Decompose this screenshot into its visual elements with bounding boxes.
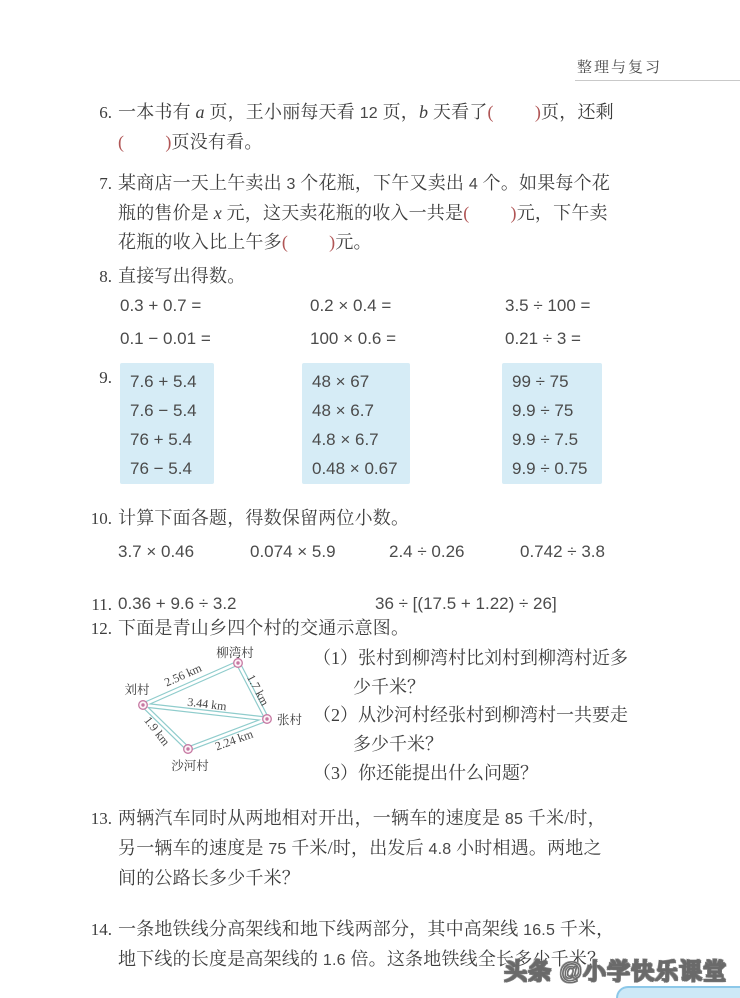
question-number: 6. [70,98,112,127]
question-text-line: ( )页没有看。 [118,128,670,157]
expression: 9.9 ÷ 0.75 [512,454,602,483]
page-title: 整理与复习 [577,56,662,77]
village-node-icon [263,715,272,724]
question-text-line: 一条地铁线分高架线和地下线两部分，其中高架线 16.5 千米， [118,915,670,945]
village-node-icon [184,745,193,754]
question-title: 直接写出得数。 [118,262,670,291]
equation: 0.2 × 0.4 = [310,296,391,316]
question-text-line: 另一辆车的速度是 75 千米/时，出发后 4.8 小时相遇。两地之 [118,834,670,864]
village-label: 柳湾村 [216,645,254,660]
question-9: 9. 7.6 + 5.4 7.6 − 5.4 76 + 5.4 76 − 5.4… [0,361,740,491]
expression: 4.8 × 6.7 [312,425,410,454]
question-number: 9. [70,363,112,392]
question-text-line: 一本书有 a 页，王小丽每天看 12 页，b 天看了( )页，还剩 [118,98,670,128]
equation: 0.742 ÷ 3.8 [520,542,605,562]
expression: 7.6 − 5.4 [130,396,214,425]
expression: 99 ÷ 75 [512,367,602,396]
equation: 0.074 × 5.9 [250,542,336,562]
expression: 7.6 + 5.4 [130,367,214,396]
question-title: 计算下面各题，得数保留两位小数。 [118,504,670,533]
expression: 76 − 5.4 [130,454,214,483]
expression: 48 × 67 [312,367,410,396]
expression: 9.9 ÷ 7.5 [512,425,602,454]
question-text-line: 花瓶的收入比上午多( )元。 [118,228,670,257]
watermark-ribbon [616,986,740,998]
equation: 3.5 ÷ 100 = [505,296,590,316]
sub-question-line: （2）从沙河村经张村到柳湾村一共要走 [313,701,663,730]
equation: 0.1 − 0.01 = [120,329,211,349]
question-7: 7. 某商店一天上午卖出 3 个花瓶，下午又卖出 4 个。如果每个花 瓶的售价是… [0,169,740,257]
village-map-diagram: 柳湾村 刘村 张村 沙河村 2.56 km 1.7 km 3.44 km 1.9… [95,634,330,786]
highlight-box: 7.6 + 5.4 7.6 − 5.4 76 + 5.4 76 − 5.4 [120,363,214,484]
textbook-page: 整理与复习 6. 一本书有 a 页，王小丽每天看 12 页，b 天看了( )页，… [0,0,740,998]
equation: 3.7 × 0.46 [118,542,194,562]
equation: 0.21 ÷ 3 = [505,329,581,349]
question-number: 13. [70,804,112,833]
question-number: 7. [70,169,112,198]
watermark-text: 头条 @小学快乐课堂 [504,953,727,986]
village-label: 张村 [277,712,303,727]
equation: 2.4 ÷ 0.26 [389,542,465,562]
expression: 0.48 × 0.67 [312,454,410,483]
village-node-icon [139,701,148,710]
sub-question-1: （1）张村到柳湾村比刘村到柳湾村近多 少千米？ [313,644,663,701]
question-text-line: 间的公路长多少千米？ [118,864,670,893]
sub-question-2: （2）从沙河村经张村到柳湾村一共要走 多少千米？ [313,701,663,758]
question-10: 10. 计算下面各题，得数保留两位小数。 3.7 × 0.46 0.074 × … [0,504,740,574]
question-6: 6. 一本书有 a 页，王小丽每天看 12 页，b 天看了( )页，还剩 ( )… [0,98,740,157]
question-number: 10. [70,504,112,533]
question-text-line: 某商店一天上午卖出 3 个花瓶，下午又卖出 4 个。如果每个花 [118,169,670,199]
question-number: 14. [70,915,112,944]
question-number: 8. [70,262,112,291]
sub-questions: （1）张村到柳湾村比刘村到柳湾村近多 少千米？ （2）从沙河村经张村到柳湾村一共… [313,644,663,788]
question-text-line: 两辆汽车同时从两地相对开出，一辆车的速度是 85 千米/时， [118,804,670,834]
equation: 0.3 + 0.7 = [120,296,201,316]
village-label: 沙河村 [171,758,209,773]
expression: 76 + 5.4 [130,425,214,454]
sub-question-line: 多少千米？ [313,730,663,759]
highlight-box: 48 × 67 48 × 6.7 4.8 × 6.7 0.48 × 0.67 [302,363,410,484]
question-8: 8. 直接写出得数。 0.3 + 0.7 = 0.2 × 0.4 = 3.5 ÷… [0,262,740,362]
question-text-line: 瓶的售价是 x 元，这天卖花瓶的收入一共是( )元，下午卖 [118,199,670,228]
highlight-box: 99 ÷ 75 9.9 ÷ 75 9.9 ÷ 7.5 9.9 ÷ 0.75 [502,363,602,484]
equation: 36 ÷ [(17.5 + 1.22) ÷ 26] [375,594,557,614]
question-13: 13. 两辆汽车同时从两地相对开出，一辆车的速度是 85 千米/时， 另一辆车的… [0,804,740,893]
header-rule [575,80,740,81]
sub-question-line: （1）张村到柳湾村比刘村到柳湾村近多 [313,644,663,673]
village-label: 刘村 [124,682,150,697]
distance-label: 1.7 km [244,672,272,709]
expression: 48 × 6.7 [312,396,410,425]
equation: 0.36 + 9.6 ÷ 3.2 [118,594,237,614]
sub-question-line: 少千米？ [313,673,663,702]
sub-question-3: （3）你还能提出什么问题？ [313,759,663,788]
expression: 9.9 ÷ 75 [512,396,602,425]
sub-question-line: （3）你还能提出什么问题？ [313,759,663,788]
equation: 100 × 0.6 = [310,329,396,349]
